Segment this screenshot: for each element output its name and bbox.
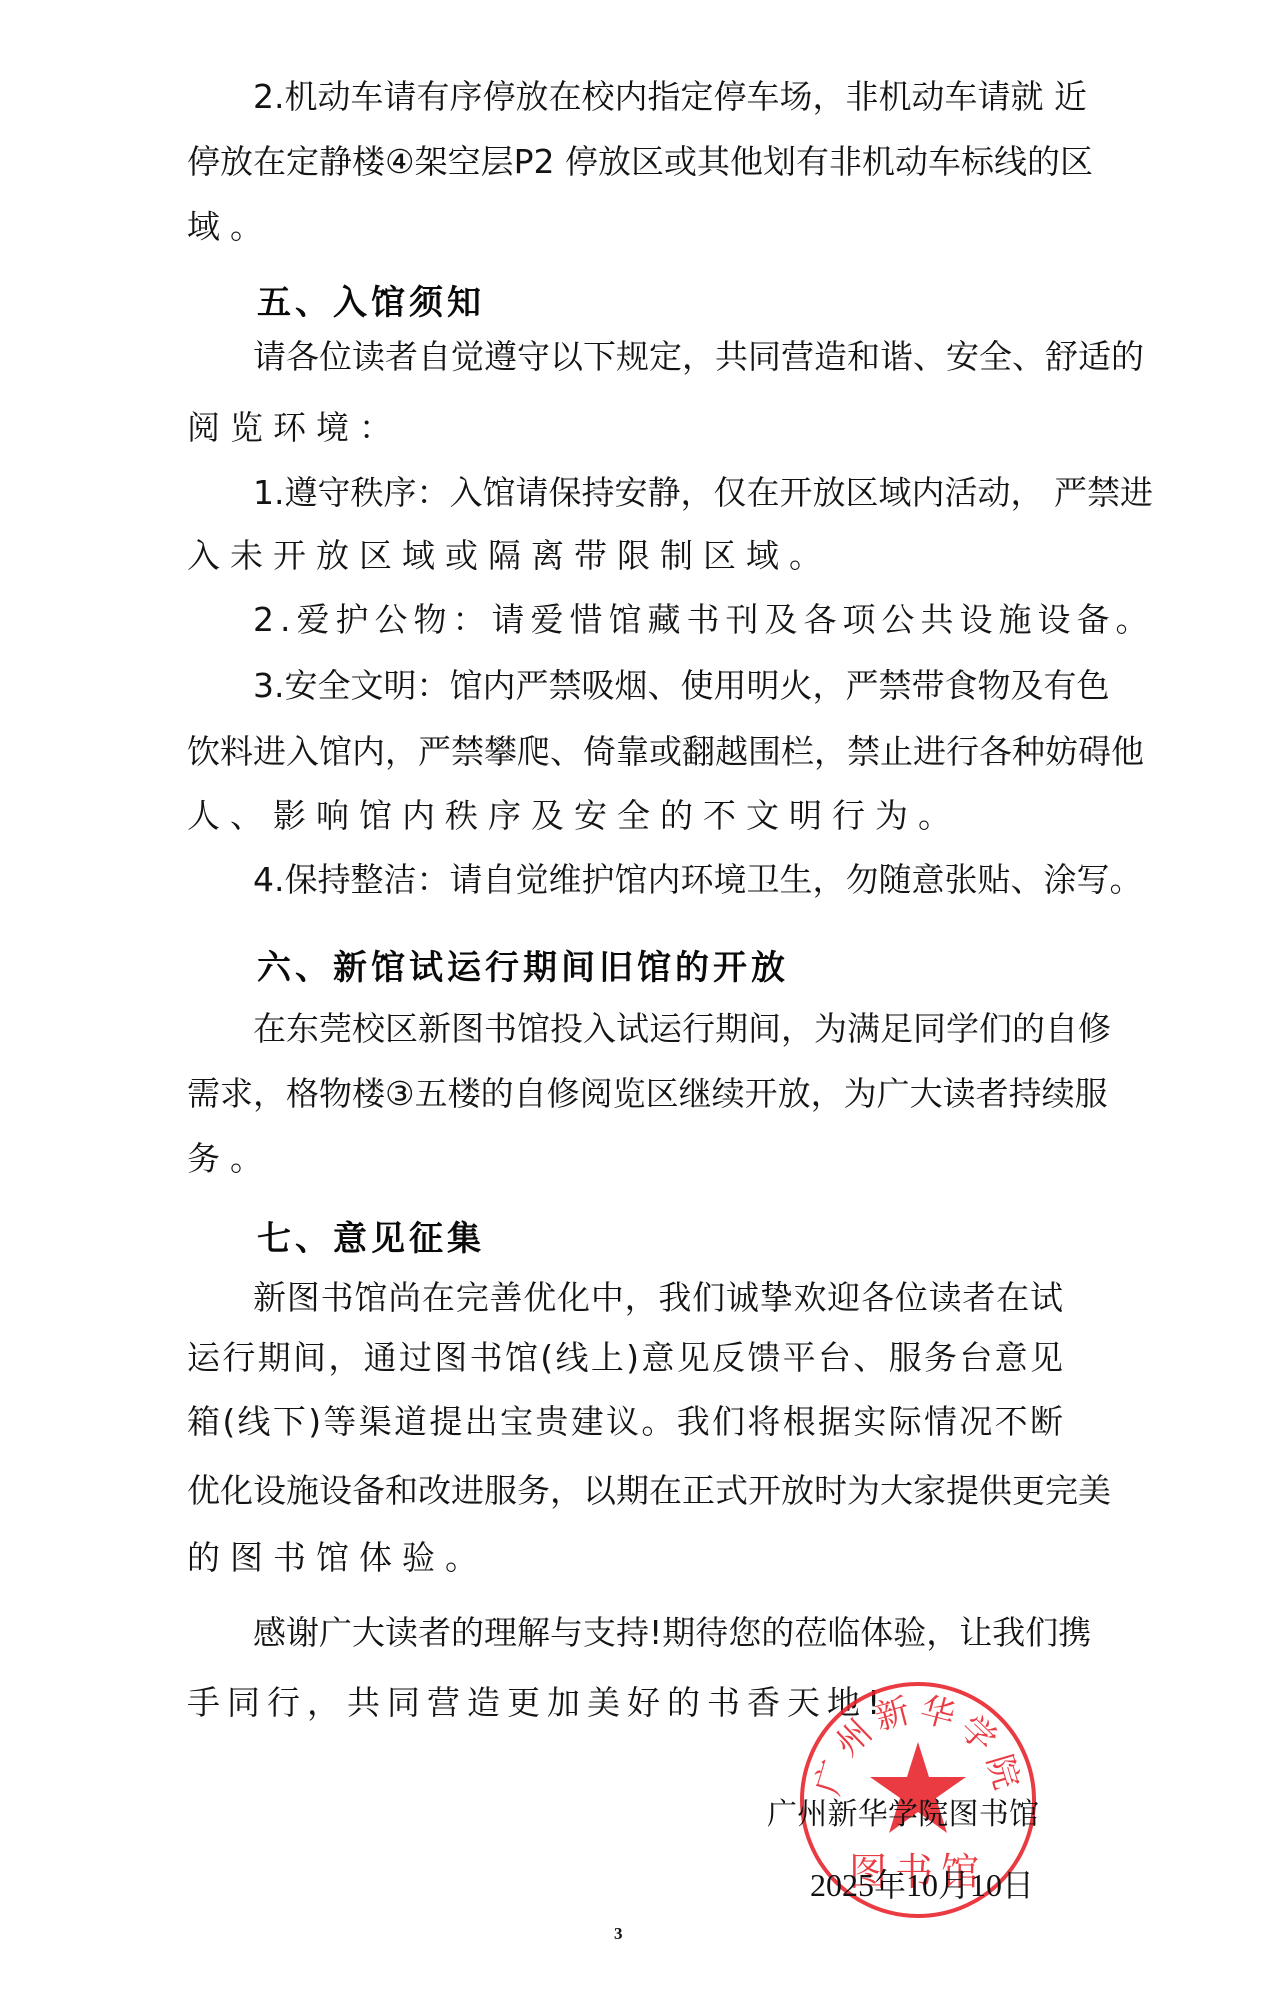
list-item-line: 人、影响馆内秩序及安全的不文明行为。 (187, 794, 1063, 838)
paragraph-line: 需求，格物楼③五楼的自修阅览区继续开放，为广大读者持续服 (187, 1072, 1063, 1116)
paragraph-line: 箱(线下)等渠道提出宝贵建议。我们将根据实际情况不断 (187, 1400, 1063, 1444)
paragraph-line: 优化设施设备和改进服务，以期在正式开放时为大家提供更完美 (187, 1469, 1063, 1513)
page-number: 3 (614, 1924, 623, 1944)
paragraph-line: 2.机动车请有序停放在校内指定停车场，非机动车请就 近 (253, 75, 1063, 119)
paragraph-line: 请各位读者自觉遵守以下规定，共同营造和谐、安全、舒适的 (253, 335, 1063, 379)
section-heading-7: 七、意见征集 (257, 1216, 485, 1262)
closing-line: 感谢广大读者的理解与支持!期待您的莅临体验，让我们携 (253, 1611, 1063, 1655)
paragraph-line: 的图书馆体验。 (187, 1536, 1063, 1580)
list-item-line: 3.安全文明：馆内严禁吸烟、使用明火，严禁带食物及有色 (253, 664, 1063, 708)
paragraph-line: 阅览环境： (187, 406, 1063, 450)
list-item-line: 4.保持整洁：请自觉维护馆内环境卫生，勿随意张贴、涂写。 (253, 858, 1063, 902)
paragraph-line: 务。 (187, 1137, 1063, 1181)
list-item-line: 2.爱护公物：请爱惜馆藏书刊及各项公共设施设备。 (253, 598, 1063, 642)
paragraph-line: 域。 (187, 205, 1063, 249)
paragraph-line: 在东莞校区新图书馆投入试运行期间，为满足同学们的自修 (253, 1007, 1063, 1051)
list-item-line: 饮料进入馆内，严禁攀爬、倚靠或翻越围栏，禁止进行各种妨碍他 (187, 730, 1063, 774)
paragraph-line: 运行期间，通过图书馆(线上)意见反馈平台、服务台意见 (187, 1336, 1063, 1380)
paragraph-line: 停放在定静楼④架空层P2 停放区或其他划有非机动车标线的区 (187, 140, 1063, 184)
paragraph-line: 新图书馆尚在完善优化中，我们诚挚欢迎各位读者在试 (253, 1276, 1063, 1320)
list-item-line: 入未开放区域或隔离带限制区域。 (187, 534, 1063, 578)
section-heading-5: 五、入馆须知 (257, 280, 485, 326)
issue-date: 2025年10月10日 (810, 1865, 998, 1905)
section-heading-6: 六、新馆试运行期间旧馆的开放 (257, 945, 789, 991)
issuer-signature: 广州新华学院图书馆 (767, 1795, 1039, 1835)
list-item-line: 1.遵守秩序：入馆请保持安静，仅在开放区域内活动， 严禁进 (253, 471, 1063, 515)
